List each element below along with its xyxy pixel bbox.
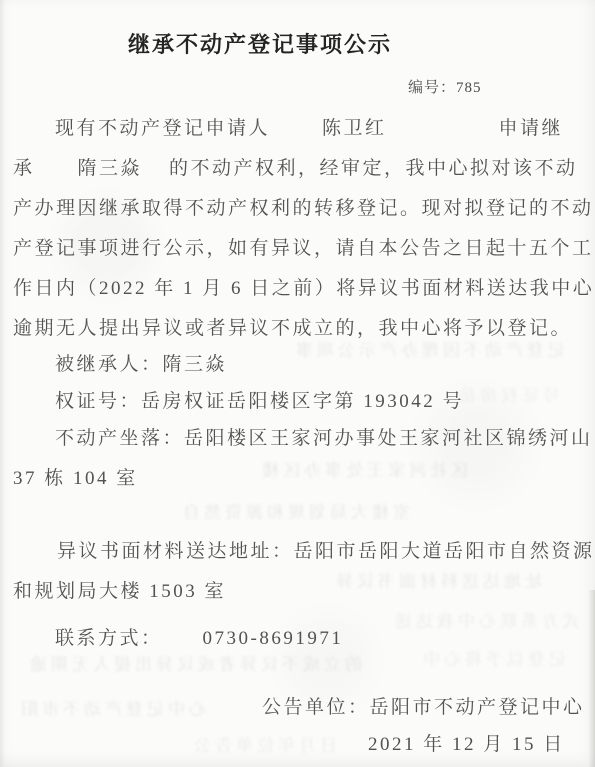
bleedthrough-artifact: 式方系联心中我达送 — [350, 612, 580, 632]
document-number-label: 编号： — [408, 80, 456, 96]
scan-edge-shadow — [0, 0, 5, 767]
decedent-line: 被继承人：隋三焱 — [55, 352, 227, 378]
document-title: 继承不动产登记事项公示 — [0, 28, 520, 59]
objection-address-line-2: 和规划局大楼 1503 室 — [13, 579, 226, 605]
paragraph-line-1-suffix: 申请继 — [499, 118, 564, 139]
contact-line: 联系方式：0730-8691971 — [55, 626, 343, 652]
decedent-name: 隋三焱 — [78, 158, 143, 179]
scan-edge-shadow — [588, 590, 595, 767]
document-number: 编号：785 — [408, 76, 482, 97]
paragraph-line-4: 产登记事项进行公示，如有异议，请自本公告之日起十五个工 — [13, 236, 594, 262]
paragraph-line-3: 产办理因继承取得不动产权利的转移登记。现对拟登记的不动 — [13, 196, 594, 222]
document-number-value: 785 — [456, 80, 482, 96]
bleedthrough-artifact: 记登产动不因理办产示公项事 — [260, 341, 565, 361]
bleedthrough-artifact: 址地达送料材面书议异 — [298, 572, 542, 592]
bleedthrough-artifact: 室楼大局划规和源资然自 — [58, 503, 410, 523]
contact-label: 联系方式： — [55, 628, 163, 649]
property-location-line-2: 37 栋 104 室 — [13, 466, 138, 492]
paragraph-line-2: 承隋三焱的不动产权利，经审定，我中心拟对该不动 — [13, 156, 578, 182]
paragraph-line-5: 作日内（2022 年 1 月 6 日之前）将异议书面材料送达我中心。 — [13, 276, 595, 302]
bleedthrough-artifact: 日月年位单告公 — [195, 736, 337, 756]
paragraph-line-6: 逾期无人提出异议或者异议不成立的，我中心将予以登记。 — [13, 316, 572, 342]
issuer-line: 公告单位：岳阳市不动产登记中心 — [262, 695, 585, 721]
bleedthrough-artifact: 心中记登产动不市阳岳 — [20, 700, 206, 720]
paragraph-line-2-prefix: 承 — [13, 158, 35, 179]
bleedthrough-artifact: 的立成不议异者或议异出提人无期逾 — [30, 655, 362, 675]
objection-address-line-1: 异议书面材料送达地址：岳阳市岳阳大道岳阳市自然资源 — [57, 539, 595, 565]
paragraph-line-1-prefix: 现有不动产登记申请人 — [55, 118, 270, 139]
applicant-name: 陈卫红 — [322, 118, 387, 139]
bleedthrough-artifact: 记登以予将心中 — [390, 650, 566, 670]
paragraph-line-2-suffix: 的不动产权利，经审定，我中心拟对该不动 — [169, 158, 578, 179]
date-line: 2021 年 12 月 15 日 — [368, 732, 565, 758]
property-location-line-1: 不动产坐落：岳阳楼区王家河办事处王家河社区锦绣河山 — [55, 426, 593, 452]
paragraph-line-1: 现有不动产登记申请人陈卫红申请继 — [55, 116, 563, 142]
scanned-notice-document: 记登产动不因理办产示公项事 号证权房岳 区社河家王处事办区楼 室楼大局划规和源资… — [0, 0, 595, 767]
certificate-number-line: 权证号：岳房权证岳阳楼区字第 193042 号 — [55, 389, 464, 415]
contact-phone-number: 0730-8691971 — [203, 628, 344, 649]
bleedthrough-artifact: 区社河家王处事办区楼 — [168, 461, 468, 481]
